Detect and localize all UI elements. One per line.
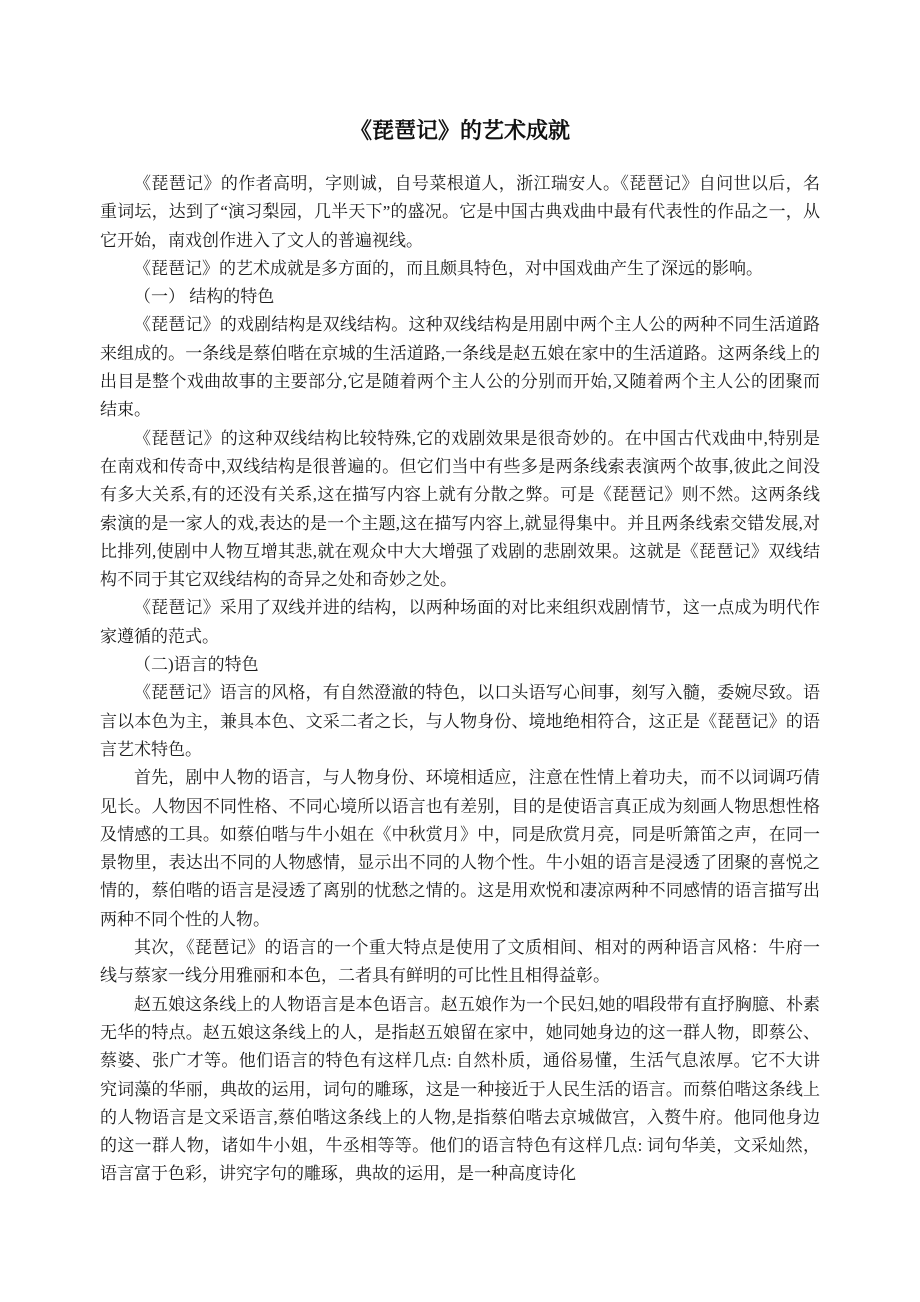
paragraph-structure-special: 《琵琶记》的这种双线结构比较特殊,它的戏剧效果是很奇妙的。在中国古代戏曲中,特别… <box>100 425 820 595</box>
paragraph-intro-achievement: 《琵琶记》的艺术成就是多方面的，而且颇具特色，对中国戏曲产生了深远的影响。 <box>100 255 820 283</box>
paragraph-structure-overview: 《琵琶记》的戏剧结构是双线结构。这种双线结构是用剧中两个主人公的两种不同生活道路… <box>100 311 820 424</box>
paragraph-language-two-styles: 其次，《琵琶记》的语言的一个重大特点是使用了文质相间、相对的两种语言风格：牛府一… <box>100 934 820 991</box>
paragraph-intro-author: 《琵琶记》的作者高明，字则诚，自号菜根道人，浙江瑞安人。《琵琶记》自问世以后，名… <box>100 170 820 255</box>
paragraph-structure-model: 《琵琶记》采用了双线并进的结构，以两种场面的对比来组织戏剧情节，这一点成为明代作… <box>100 594 820 651</box>
section-heading-language: （二)语言的特色 <box>100 651 820 679</box>
document-title: 《琵琶记》的艺术成就 <box>100 116 820 146</box>
paragraph-language-character: 首先，剧中人物的语言，与人物身份、环境相适应，注意在性情上着功夫，而不以词调巧倩… <box>100 764 820 934</box>
paragraph-language-style: 《琵琶记》语言的风格，有自然澄澈的特色，以口头语写心间事，刻写入髓，委婉尽致。语… <box>100 679 820 764</box>
document-page: 《琵琶记》的艺术成就 《琵琶记》的作者高明，字则诚，自号菜根道人，浙江瑞安人。《… <box>0 0 920 1302</box>
section-heading-structure: （一） 结构的特色 <box>100 283 820 311</box>
paragraph-language-comparison: 赵五娘这条线上的人物语言是本色语言。赵五娘作为一个民妇,她的唱段带有直抒胸臆、朴… <box>100 991 820 1189</box>
